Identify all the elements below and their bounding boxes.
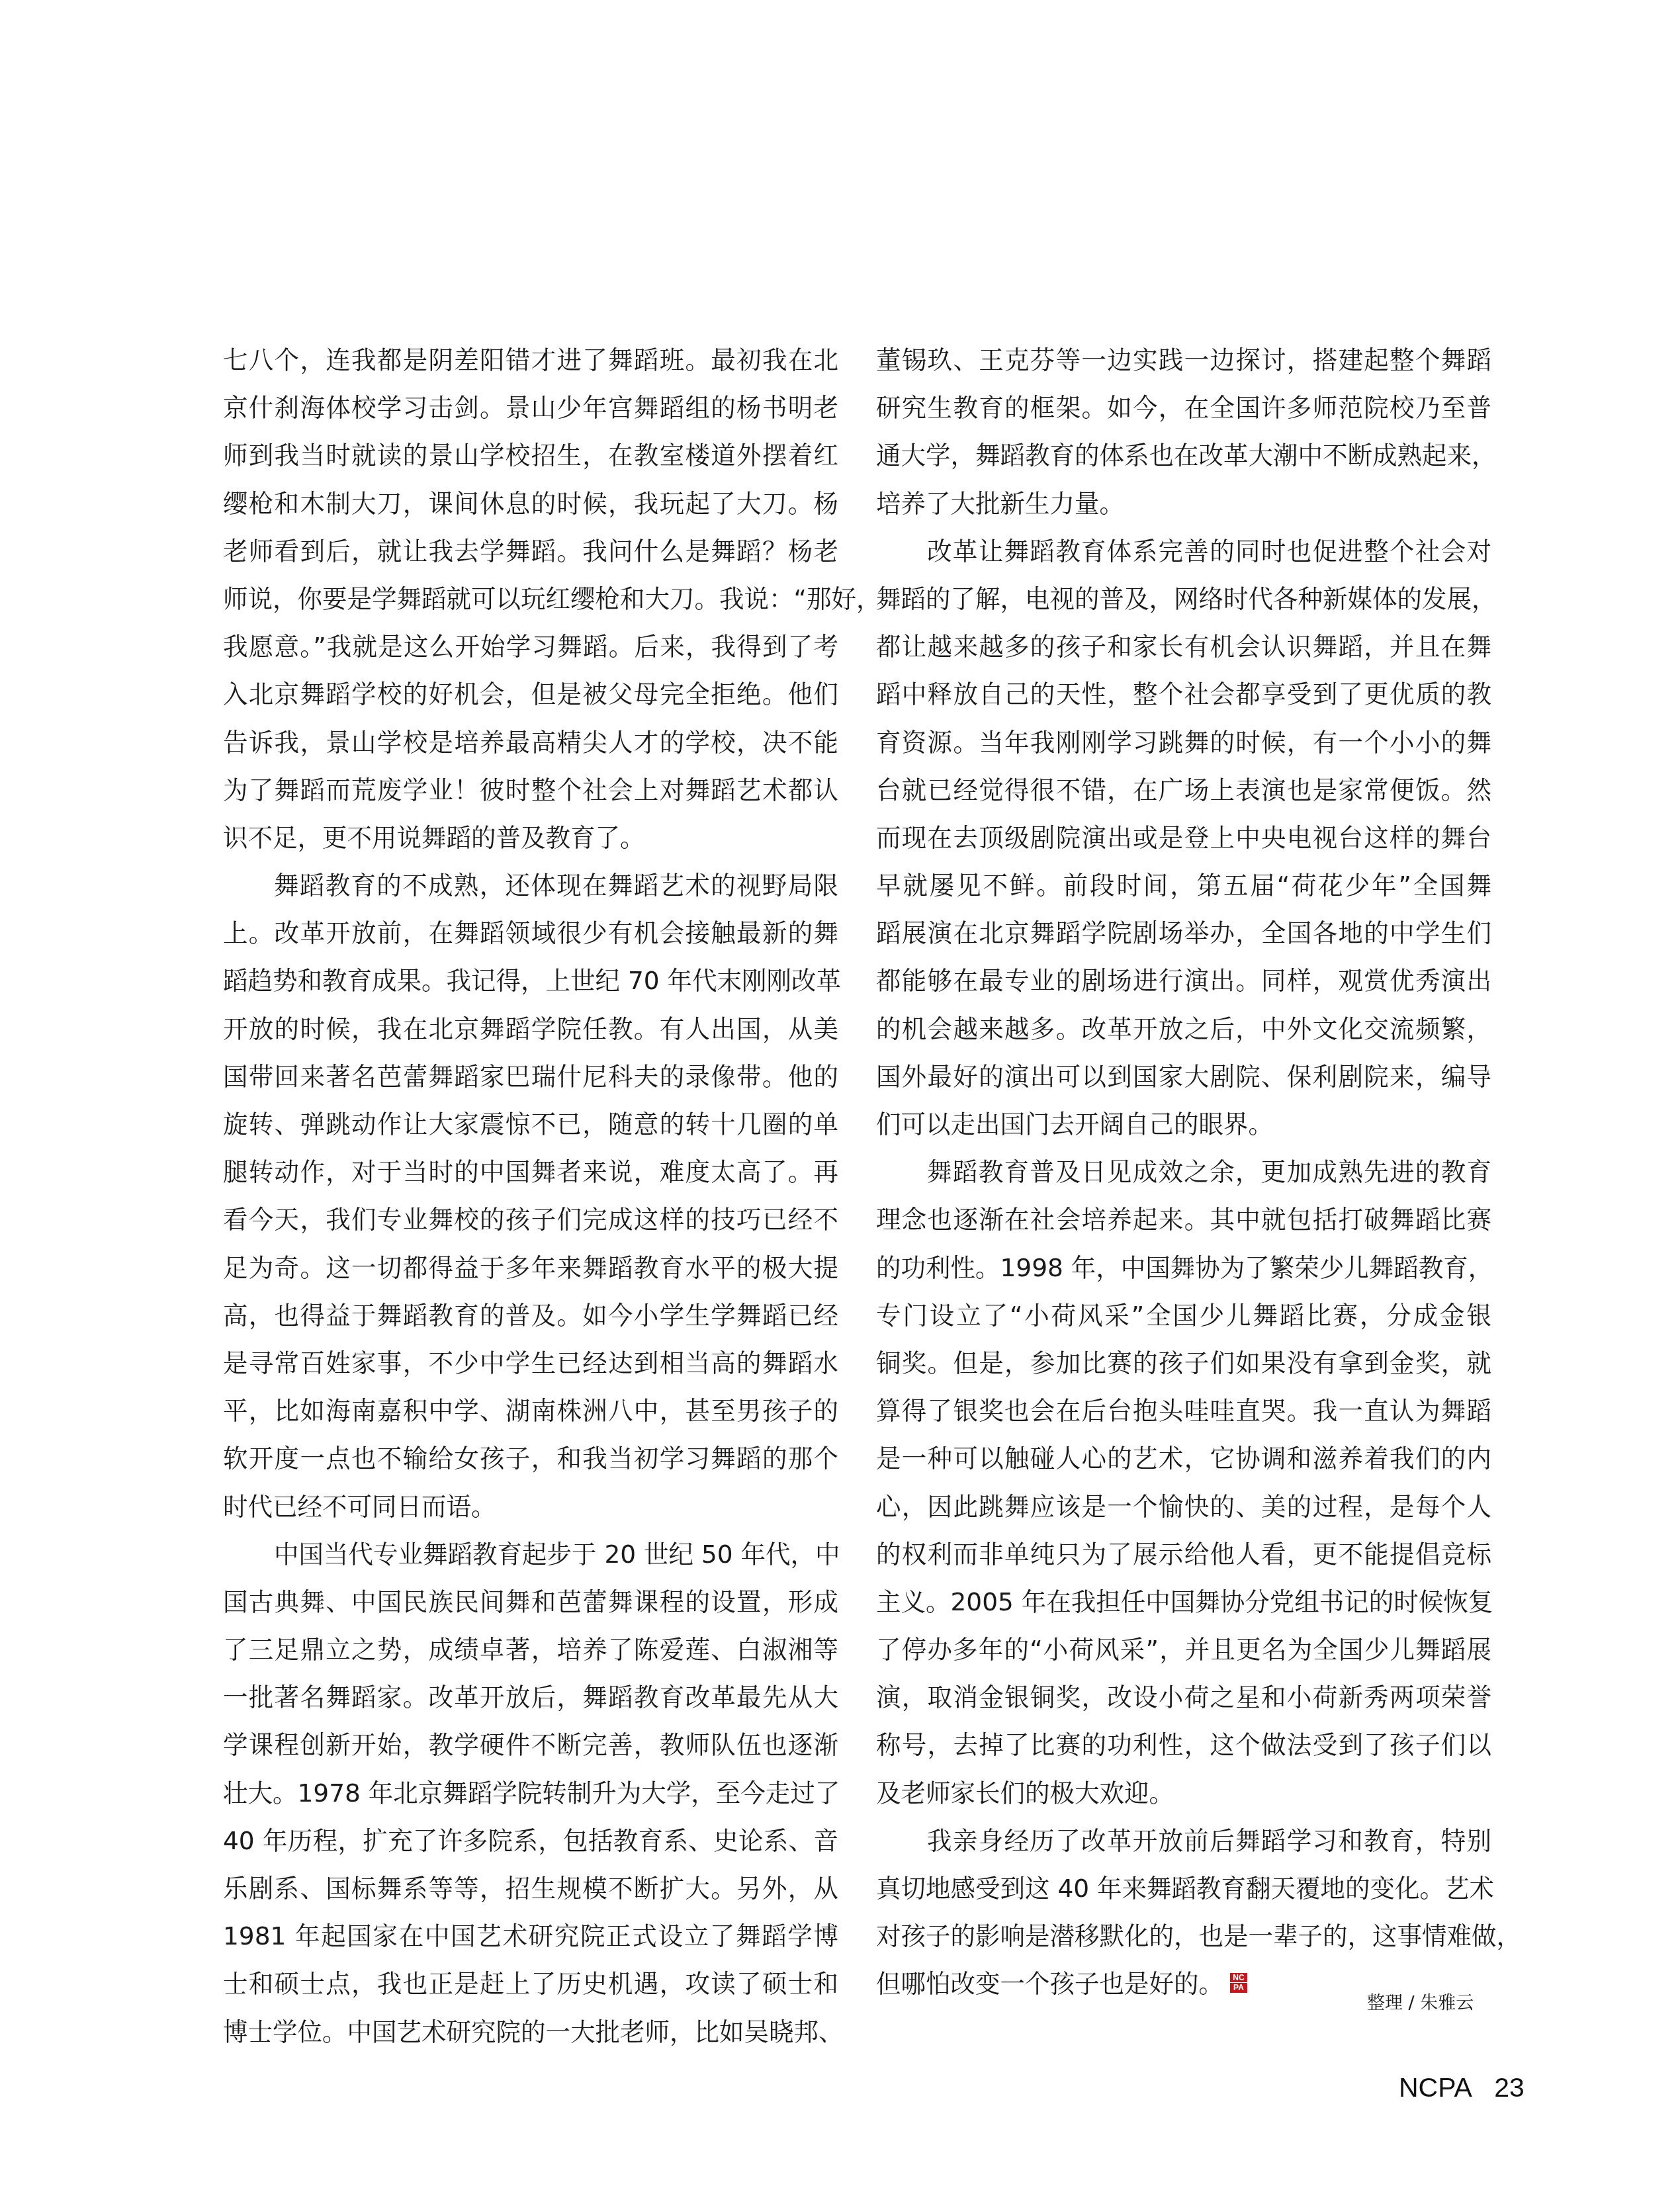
text-line: 对孩子的影响是潜移默化的，也是一辈子的，这事情难做， (876, 1912, 1491, 1960)
text-line: 蹈趋势和教育成果。我记得，上世纪 70 年代末刚刚改革 (223, 957, 838, 1004)
editor-credit: 整理 / 朱雅云 (1367, 1988, 1474, 2014)
line-text: 看今天，我们专业舞校的孩子们完成这样的技巧已经不 (223, 1205, 838, 1234)
text-line: 舞蹈教育的不成熟，还体现在舞蹈艺术的视野局限 (223, 861, 838, 909)
line-text: 蹈趋势和教育成果。我记得，上世纪 70 年代末刚刚改革 (223, 966, 841, 995)
line-text: 高，也得益于舞蹈教育的普及。如今小学生学舞蹈已经 (223, 1301, 838, 1330)
line-text: 壮大。1978 年北京舞蹈学院转制升为大学，至今走过了 (223, 1778, 840, 1808)
text-line: 一批著名舞蹈家。改革开放后，舞蹈教育改革最先从大 (223, 1673, 838, 1721)
footer-brand: NCPA (1399, 2072, 1472, 2103)
text-line: 通大学，舞蹈教育的体系也在改革大潮中不断成熟起来， (876, 431, 1491, 479)
line-text: 都能够在最专业的剧场进行演出。同样，观赏优秀演出 (876, 966, 1491, 995)
text-line: 乐剧系、国标舞系等等，招生规模不断扩大。另外，从 (223, 1864, 838, 1912)
line-text: 真切地感受到这 40 年来舞蹈教育翻天覆地的变化。艺术 (876, 1874, 1494, 1903)
line-text: 蹈展演在北京舞蹈学院剧场举办，全国各地的中学生们 (876, 918, 1491, 947)
text-line: 的功利性。1998 年，中国舞协为了繁荣少儿舞蹈教育， (876, 1244, 1491, 1291)
text-line: 士和硕士点，我也正是赶上了历史机遇，攻读了硕士和 (223, 1960, 838, 2007)
line-text: 师到我当时就读的景山学校招生，在教室楼道外摆着红 (223, 441, 838, 470)
text-line: 告诉我，景山学校是培养最高精尖人才的学校，决不能 (223, 719, 838, 766)
text-line: 京什刹海体校学习击剑。景山少年宫舞蹈组的杨书明老 (223, 384, 838, 431)
text-line: 专门设立了“小荷风采”全国少儿舞蹈比赛，分成金银 (876, 1291, 1491, 1339)
line-text: 蹈中释放自己的天性，整个社会都享受到了更优质的教 (876, 679, 1491, 709)
text-line: 舞蹈教育普及日见成效之余，更加成熟先进的教育 (876, 1148, 1491, 1196)
line-text: 的权利而非单纯只为了展示给他人看，更不能提倡竞标 (876, 1540, 1491, 1569)
line-text: 国外最好的演出可以到国家大剧院、保利剧院来，编导 (876, 1062, 1491, 1091)
line-text: 入北京舞蹈学校的好机会，但是被父母完全拒绝。他们 (223, 679, 838, 709)
text-line: 我亲身经历了改革开放前后舞蹈学习和教育，特别 (876, 1817, 1491, 1864)
text-line: 老师看到后，就让我去学舞蹈。我问什么是舞蹈？杨老 (223, 527, 838, 575)
line-text: 平，比如海南嘉积中学、湖南株洲八中，甚至男孩子的 (223, 1396, 838, 1425)
line-text: 董锡玖、王克芬等一边实践一边探讨，搭建起整个舞蹈 (876, 345, 1491, 374)
text-line: 研究生教育的框架。如今，在全国许多师范院校乃至普 (876, 384, 1491, 431)
ncpa-end-mark-icon: NCPA (1230, 1973, 1247, 1993)
line-text: 改革让舞蹈教育体系完善的同时也促进整个社会对 (927, 537, 1491, 566)
text-line: 蹈展演在北京舞蹈学院剧场举办，全国各地的中学生们 (876, 909, 1491, 957)
text-line: 都让越来越多的孩子和家长有机会认识舞蹈，并且在舞 (876, 623, 1491, 670)
line-text: 学课程创新开始，教学硬件不断完善，教师队伍也逐渐 (223, 1730, 838, 1759)
text-line: 台就已经觉得很不错，在广场上表演也是家常便饭。然 (876, 766, 1491, 814)
line-text: 育资源。当年我刚刚学习跳舞的时候，有一个小小的舞 (876, 728, 1491, 757)
text-line: 平，比如海南嘉积中学、湖南株洲八中，甚至男孩子的 (223, 1387, 838, 1434)
line-text: 腿转动作，对于当时的中国舞者来说，难度太高了。再 (223, 1157, 838, 1186)
text-line: 足为奇。这一切都得益于多年来舞蹈教育水平的极大提 (223, 1244, 838, 1291)
line-text: 铜奖。但是，参加比赛的孩子们如果没有拿到金奖，就 (876, 1348, 1491, 1378)
text-line: 早就屡见不鲜。前段时间，第五届“荷花少年”全国舞 (876, 861, 1491, 909)
line-text: 而现在去顶级剧院演出或是登上中央电视台这样的舞台 (876, 823, 1491, 852)
text-line: 董锡玖、王克芬等一边实践一边探讨，搭建起整个舞蹈 (876, 336, 1491, 384)
page-number: 23 (1494, 2072, 1525, 2103)
text-line: 的权利而非单纯只为了展示给他人看，更不能提倡竞标 (876, 1530, 1491, 1578)
line-text: 国古典舞、中国民族民间舞和芭蕾舞课程的设置，形成 (223, 1587, 838, 1616)
line-text: 演，取消金银铜奖，改设小荷之星和小荷新秀两项荣誉 (876, 1683, 1491, 1712)
text-line: 时代已经不可同日而语。 (223, 1483, 838, 1530)
line-text: 一批著名舞蹈家。改革开放后，舞蹈教育改革最先从大 (223, 1683, 838, 1712)
text-line: 蹈中释放自己的天性，整个社会都享受到了更优质的教 (876, 670, 1491, 718)
line-text: 开放的时候，我在北京舞蹈学院任教。有人出国，从美 (223, 1014, 838, 1043)
text-line: 们可以走出国门去开阔自己的眼界。 (876, 1100, 1491, 1148)
end-mark-bottom: PA (1230, 1983, 1247, 1992)
text-line: 及老师家长们的极大欢迎。 (876, 1769, 1491, 1817)
end-mark-top: NC (1230, 1973, 1247, 1983)
page-footer: NCPA 23 (1399, 2072, 1525, 2103)
line-text: 为了舞蹈而荒废学业！彼时整个社会上对舞蹈艺术都认 (223, 775, 838, 805)
line-text: 国带回来著名芭蕾舞蹈家巴瑞什尼科夫的录像带。他的 (223, 1062, 838, 1091)
line-text: 识不足，更不用说舞蹈的普及教育了。 (223, 823, 645, 852)
text-line: 师到我当时就读的景山学校招生，在教室楼道外摆着红 (223, 431, 838, 479)
text-line: 学课程创新开始，教学硬件不断完善，教师队伍也逐渐 (223, 1721, 838, 1769)
text-line: 主义。2005 年在我担任中国舞协分党组书记的时候恢复 (876, 1578, 1491, 1626)
text-line: 育资源。当年我刚刚学习跳舞的时候，有一个小小的舞 (876, 719, 1491, 766)
text-line: 了三足鼎立之势，成绩卓著，培养了陈爱莲、白淑湘等 (223, 1626, 838, 1673)
line-text: 是寻常百姓家事，不少中学生已经达到相当高的舞蹈水 (223, 1348, 838, 1378)
text-line: 壮大。1978 年北京舞蹈学院转制升为大学，至今走过了 (223, 1769, 838, 1817)
line-text: 但哪怕改变一个孩子也是好的。 (876, 1969, 1223, 1998)
line-text: 1981 年起国家在中国艺术研究院正式设立了舞蹈学博 (223, 1921, 838, 1950)
line-text: 我亲身经历了改革开放前后舞蹈学习和教育，特别 (927, 1826, 1491, 1855)
right-column: 董锡玖、王克芬等一边实践一边探讨，搭建起整个舞蹈研究生教育的框架。如今，在全国许… (876, 336, 1491, 2008)
text-line: 是寻常百姓家事，不少中学生已经达到相当高的舞蹈水 (223, 1339, 838, 1387)
line-text: 博士学位。中国艺术研究院的一大批老师，比如吴晓邦、 (223, 2017, 844, 2046)
text-line: 软开度一点也不输给女孩子，和我当初学习舞蹈的那个 (223, 1434, 838, 1482)
text-line: 演，取消金银铜奖，改设小荷之星和小荷新秀两项荣誉 (876, 1673, 1491, 1721)
line-text: 了停办多年的“小荷风采”，并且更名为全国少儿舞蹈展 (876, 1635, 1491, 1664)
line-text: 研究生教育的框架。如今，在全国许多师范院校乃至普 (876, 393, 1491, 422)
line-text: 京什刹海体校学习击剑。景山少年宫舞蹈组的杨书明老 (223, 393, 838, 422)
text-line: 而现在去顶级剧院演出或是登上中央电视台这样的舞台 (876, 814, 1491, 861)
text-line: 都能够在最专业的剧场进行演出。同样，观赏优秀演出 (876, 957, 1491, 1004)
line-text: 舞蹈教育的不成熟，还体现在舞蹈艺术的视野局限 (274, 871, 838, 900)
line-text: 通大学，舞蹈教育的体系也在改革大潮中不断成熟起来， (876, 441, 1497, 470)
text-line: 称号，去掉了比赛的功利性，这个做法受到了孩子们以 (876, 1721, 1491, 1769)
text-line: 1981 年起国家在中国艺术研究院正式设立了舞蹈学博 (223, 1912, 838, 1960)
text-line: 理念也逐渐在社会培养起来。其中就包括打破舞蹈比赛 (876, 1196, 1491, 1243)
line-text: 主义。2005 年在我担任中国舞协分党组书记的时候恢复 (876, 1587, 1493, 1616)
line-text: 理念也逐渐在社会培养起来。其中就包括打破舞蹈比赛 (876, 1205, 1491, 1234)
line-text: 告诉我，景山学校是培养最高精尖人才的学校，决不能 (223, 728, 838, 757)
line-text: 台就已经觉得很不错，在广场上表演也是家常便饭。然 (876, 775, 1491, 805)
line-text: 称号，去掉了比赛的功利性，这个做法受到了孩子们以 (876, 1730, 1491, 1759)
line-text: 培养了大批新生力量。 (876, 489, 1124, 518)
line-text: 们可以走出国门去开阔自己的眼界。 (876, 1110, 1273, 1139)
text-line: 我愿意。”我就是这么开始学习舞蹈。后来，我得到了考 (223, 623, 838, 670)
text-line: 铜奖。但是，参加比赛的孩子们如果没有拿到金奖，就 (876, 1339, 1491, 1387)
text-line: 国外最好的演出可以到国家大剧院、保利剧院来，编导 (876, 1053, 1491, 1100)
text-line: 开放的时候，我在北京舞蹈学院任教。有人出国，从美 (223, 1005, 838, 1053)
text-line: 舞蹈的了解，电视的普及，网络时代各种新媒体的发展， (876, 575, 1491, 623)
line-text: 专门设立了“小荷风采”全国少儿舞蹈比赛，分成金银 (876, 1301, 1491, 1330)
text-line: 了停办多年的“小荷风采”，并且更名为全国少儿舞蹈展 (876, 1626, 1491, 1673)
line-text: 老师看到后，就让我去学舞蹈。我问什么是舞蹈？杨老 (223, 537, 838, 566)
line-text: 都让越来越多的孩子和家长有机会认识舞蹈，并且在舞 (876, 632, 1491, 661)
line-text: 心，因此跳舞应该是一个愉快的、美的过程，是每个人 (876, 1492, 1491, 1521)
text-line: 国古典舞、中国民族民间舞和芭蕾舞课程的设置，形成 (223, 1578, 838, 1626)
text-line: 改革让舞蹈教育体系完善的同时也促进整个社会对 (876, 527, 1491, 575)
text-line: 博士学位。中国艺术研究院的一大批老师，比如吴晓邦、 (223, 2008, 838, 2056)
text-line: 是一种可以触碰人心的艺术，它协调和滋养着我们的内 (876, 1434, 1491, 1482)
text-line: 真切地感受到这 40 年来舞蹈教育翻天覆地的变化。艺术 (876, 1864, 1491, 1912)
text-line: 旋转、弹跳动作让大家震惊不已，随意的转十几圈的单 (223, 1100, 838, 1148)
left-column: 七八个，连我都是阴差阳错才进了舞蹈班。最初我在北京什刹海体校学习击剑。景山少年宫… (223, 336, 838, 2056)
line-text: 算得了银奖也会在后台抱头哇哇直哭。我一直认为舞蹈 (876, 1396, 1491, 1425)
line-text: 时代已经不可同日而语。 (223, 1492, 496, 1521)
text-line: 40 年历程，扩充了许多院系，包括教育系、史论系、音 (223, 1817, 838, 1864)
text-line: 上。改革开放前，在舞蹈领域很少有机会接触最新的舞 (223, 909, 838, 957)
text-line: 高，也得益于舞蹈教育的普及。如今小学生学舞蹈已经 (223, 1291, 838, 1339)
text-line: 识不足，更不用说舞蹈的普及教育了。 (223, 814, 838, 861)
line-text: 舞蹈的了解，电视的普及，网络时代各种新媒体的发展， (876, 584, 1497, 613)
line-text: 士和硕士点，我也正是赶上了历史机遇，攻读了硕士和 (223, 1969, 838, 1998)
text-line: 的机会越来越多。改革开放之后，中外文化交流频繁， (876, 1005, 1491, 1053)
line-text: 软开度一点也不输给女孩子，和我当初学习舞蹈的那个 (223, 1444, 838, 1473)
line-text: 七八个，连我都是阴差阳错才进了舞蹈班。最初我在北 (223, 345, 838, 374)
line-text: 乐剧系、国标舞系等等，招生规模不断扩大。另外，从 (223, 1874, 838, 1903)
text-line: 七八个，连我都是阴差阳错才进了舞蹈班。最初我在北 (223, 336, 838, 384)
line-text: 缨枪和木制大刀，课间休息的时候，我玩起了大刀。杨 (223, 489, 838, 518)
text-line: 师说，你要是学舞蹈就可以玩红缨枪和大刀。我说：“那好， (223, 575, 838, 623)
line-text: 的功利性。1998 年，中国舞协为了繁荣少儿舞蹈教育， (876, 1253, 1493, 1282)
text-line: 中国当代专业舞蹈教育起步于 20 世纪 50 年代，中 (223, 1530, 838, 1578)
line-text: 及老师家长们的极大欢迎。 (876, 1778, 1174, 1808)
text-line: 心，因此跳舞应该是一个愉快的、美的过程，是每个人 (876, 1483, 1491, 1530)
line-text: 40 年历程，扩充了许多院系，包括教育系、史论系、音 (223, 1826, 838, 1855)
text-line: 看今天，我们专业舞校的孩子们完成这样的技巧已经不 (223, 1196, 838, 1243)
text-line: 算得了银奖也会在后台抱头哇哇直哭。我一直认为舞蹈 (876, 1387, 1491, 1434)
line-text: 旋转、弹跳动作让大家震惊不已，随意的转十几圈的单 (223, 1110, 838, 1139)
text-line: 缨枪和木制大刀，课间休息的时候，我玩起了大刀。杨 (223, 480, 838, 527)
text-line: 入北京舞蹈学校的好机会，但是被父母完全拒绝。他们 (223, 670, 838, 718)
line-text: 我愿意。”我就是这么开始学习舞蹈。后来，我得到了考 (223, 632, 838, 661)
text-line: 为了舞蹈而荒废学业！彼时整个社会上对舞蹈艺术都认 (223, 766, 838, 814)
text-line: 培养了大批新生力量。 (876, 480, 1491, 527)
line-text: 中国当代专业舞蹈教育起步于 20 世纪 50 年代，中 (274, 1540, 840, 1569)
line-text: 的机会越来越多。改革开放之后，中外文化交流频繁， (876, 1014, 1491, 1043)
line-text: 舞蹈教育普及日见成效之余，更加成熟先进的教育 (927, 1157, 1491, 1186)
line-text: 足为奇。这一切都得益于多年来舞蹈教育水平的极大提 (223, 1253, 838, 1282)
text-line: 腿转动作，对于当时的中国舞者来说，难度太高了。再 (223, 1148, 838, 1196)
line-text: 了三足鼎立之势，成绩卓著，培养了陈爱莲、白淑湘等 (223, 1635, 838, 1664)
text-line: 国带回来著名芭蕾舞蹈家巴瑞什尼科夫的录像带。他的 (223, 1053, 838, 1100)
line-text: 对孩子的影响是潜移默化的，也是一辈子的，这事情难做， (876, 1921, 1521, 1950)
line-text: 早就屡见不鲜。前段时间，第五届“荷花少年”全国舞 (876, 871, 1491, 900)
line-text: 师说，你要是学舞蹈就可以玩红缨枪和大刀。我说：“那好， (223, 584, 881, 613)
line-text: 是一种可以触碰人心的艺术，它协调和滋养着我们的内 (876, 1444, 1491, 1473)
line-text: 上。改革开放前，在舞蹈领域很少有机会接触最新的舞 (223, 918, 838, 947)
